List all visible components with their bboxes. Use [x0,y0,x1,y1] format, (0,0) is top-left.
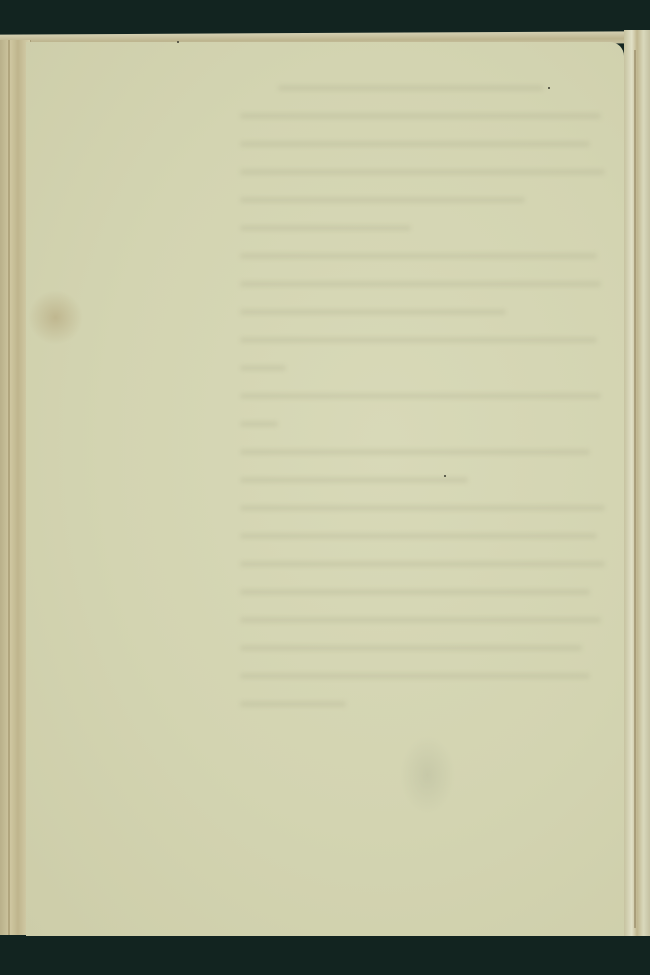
scan-scene [0,0,650,975]
visible-text [26,42,27,43]
speck [177,41,179,43]
speck [548,87,550,89]
speck [444,475,446,477]
faint-seal-mark [400,735,455,815]
bottom-backdrop [0,936,650,975]
show-through-handwriting [240,85,620,785]
right-page-edge [624,30,650,938]
